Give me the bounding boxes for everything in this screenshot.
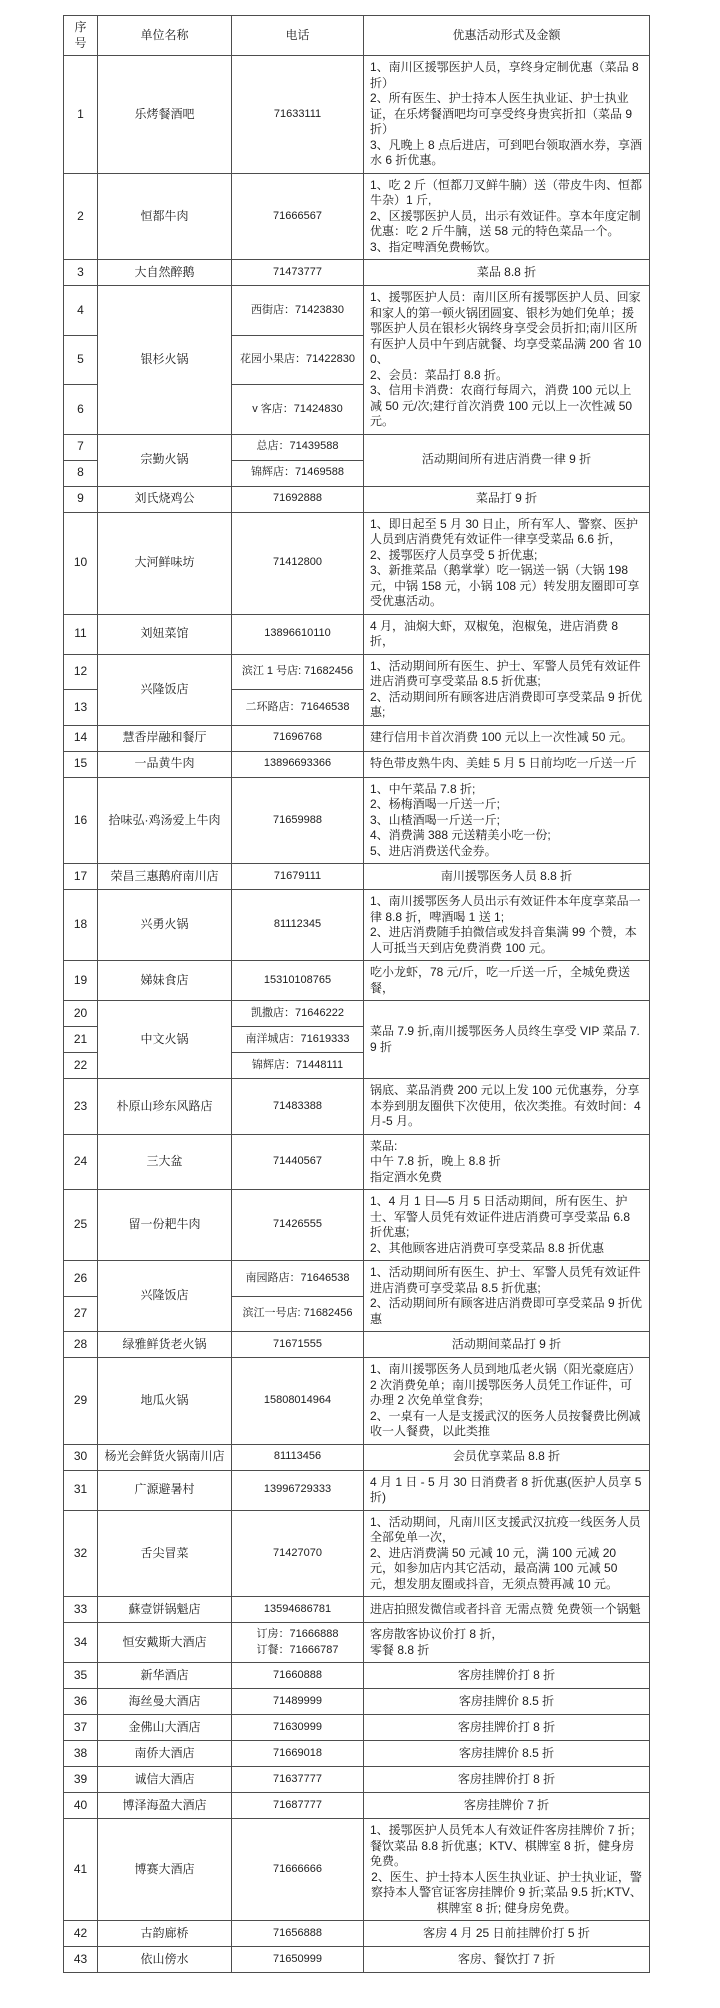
table-row: 9刘氏烧鸡公71692888菜品打 9 折 [64, 486, 650, 512]
phone-line: 订房：71666888 [234, 1627, 361, 1643]
row-number-cell: 33 [64, 1597, 98, 1623]
phone-cell: 71630999 [232, 1715, 364, 1741]
offer-line: 3、凡晚上 8 点后进店，可到吧台领取酒水券，享酒水 6 折优惠。 [370, 138, 643, 169]
table-row: 19娣妹食店15310108765吃小龙虾，78 元/斤，吃一斤送一斤，全城免费… [64, 961, 650, 1001]
store-name-cell: 宗勤火锅 [98, 434, 232, 486]
phone-line: 71656888 [234, 1926, 361, 1942]
offer-cell: 菜品:中午 7.8 折，晚上 8.8 折指定酒水免费 [364, 1134, 650, 1190]
row-number-cell: 16 [64, 777, 98, 864]
store-name-cell: 古韵廊桥 [98, 1921, 232, 1947]
offer-cell: 客房挂牌价打 8 折 [364, 1715, 650, 1741]
store-name-cell: 中文火锅 [98, 1001, 232, 1079]
store-name-cell: 拾味弘·鸡汤爱上牛肉 [98, 777, 232, 864]
table-row: 16拾味弘·鸡汤爱上牛肉716599881、中午菜品 7.8 折;2、杨梅酒喝一… [64, 777, 650, 864]
offer-line: 2、活动期间所有顾客进店消费即可享受菜品 9 折优惠 [370, 1296, 643, 1327]
row-number-cell: 10 [64, 512, 98, 614]
offer-line: 1、活动期间，凡南川区支援武汉抗疫一线医务人员全部免单一次， [370, 1515, 643, 1546]
store-name-cell: 兴隆饭店 [98, 654, 232, 725]
table-row: 25留一份耙牛肉714265551、4 月 1 日—5 月 5 日活动期间，所有… [64, 1190, 650, 1261]
phone-line: 71483388 [234, 1099, 361, 1115]
offer-line: 进店拍照发微信或者抖音 无需点赞 免费领一个锅魁 [370, 1602, 643, 1618]
phone-line: 71679111 [234, 869, 361, 885]
phone-line: 71637777 [234, 1772, 361, 1788]
table-row: 17荣昌三惠鹅府南川店71679111南川援鄂医务人员 8.8 折 [64, 864, 650, 890]
phone-line: 71687777 [234, 1798, 361, 1814]
offer-cell: 1、南川区援鄂医护人员，享终身定制优惠（菜品 8 折）2、所有医生、护士持本人医… [364, 56, 650, 174]
phone-line: 13996729333 [234, 1482, 361, 1498]
phone-line: 71666666 [234, 1862, 361, 1878]
offer-line: 1、活动期间所有医生、护士、军警人员凭有效证件进店消费可享受菜品 8.5 折优惠… [370, 659, 643, 690]
table-header: 序号 单位名称 电话 优惠活动形式及金额 [64, 16, 650, 56]
phone-line: 71633111 [234, 107, 361, 123]
store-name-cell: 留一份耙牛肉 [98, 1190, 232, 1261]
row-number-cell: 14 [64, 725, 98, 751]
row-number-cell: 23 [64, 1079, 98, 1135]
phone-cell: 71473777 [232, 260, 364, 286]
store-name-cell: 一品黄牛肉 [98, 751, 232, 777]
offer-line: 2、活动期间所有顾客进店消费即可享受菜品 9 折优惠; [370, 690, 643, 721]
phone-cell: 81113456 [232, 1444, 364, 1470]
phone-line: 南园路店：71646538 [234, 1271, 361, 1287]
table-row: 1乐烤餐酒吧716331111、南川区援鄂医护人员，享终身定制优惠（菜品 8 折… [64, 56, 650, 174]
offer-cell: 菜品打 9 折 [364, 486, 650, 512]
offer-line: 5、进店消费送代金券。 [370, 844, 643, 860]
row-number-cell: 6 [64, 385, 98, 435]
table-row: 37金佛山大酒店71630999客房挂牌价打 8 折 [64, 1715, 650, 1741]
table-row: 38南侨大酒店71669018客房挂牌价 8.5 折 [64, 1741, 650, 1767]
phone-line: 13594686781 [234, 1602, 361, 1618]
row-number-cell: 43 [64, 1947, 98, 1973]
offer-line: 客房挂牌价打 8 折 [370, 1720, 643, 1736]
row-number-cell: 37 [64, 1715, 98, 1741]
table-row: 35新华酒店71660888客房挂牌价打 8 折 [64, 1663, 650, 1689]
phone-line: 南洋城店：71619333 [234, 1032, 361, 1048]
store-name-cell: 南侨大酒店 [98, 1741, 232, 1767]
offer-line: 指定酒水免费 [370, 1170, 643, 1186]
row-number-cell: 38 [64, 1741, 98, 1767]
phone-cell: 71426555 [232, 1190, 364, 1261]
phone-line: v 客店：71424830 [234, 402, 361, 418]
row-number-cell: 9 [64, 486, 98, 512]
offer-cell: 客房挂牌价打 8 折 [364, 1663, 650, 1689]
phone-cell: 71637777 [232, 1767, 364, 1793]
phone-cell: 71666666 [232, 1819, 364, 1921]
row-number-cell: 41 [64, 1819, 98, 1921]
offer-line: 3、山楂酒喝一斤送一斤; [370, 813, 643, 829]
phone-cell: v 客店：71424830 [232, 385, 364, 435]
table-row: 4银杉火锅西街店：714238301、援鄂医护人员：南川区所有援鄂医护人员、回家… [64, 286, 650, 336]
table-row: 7宗勤火锅总店：71439588活动期间所有进店消费一律 9 折 [64, 434, 650, 460]
offer-line: 客房挂牌价 8.5 折 [370, 1746, 643, 1762]
offer-line: 活动期间所有进店消费一律 9 折 [370, 452, 643, 468]
offer-line: 1、中午菜品 7.8 折; [370, 782, 643, 798]
offer-cell: 4 月，油焖大虾，双椒兔，泡椒兔，进店消费 8 折， [364, 614, 650, 654]
row-number-cell: 11 [64, 614, 98, 654]
offer-line: 2、医生、护士持本人医生执业证、护士执业证，警察持本人警官证客房挂牌价 9 折;… [370, 1870, 643, 1917]
row-number-cell: 4 [64, 286, 98, 336]
table-row: 42古韵廊桥71656888客房 4 月 25 日前挂牌价打 5 折 [64, 1921, 650, 1947]
phone-cell: 71427070 [232, 1510, 364, 1597]
offer-cell: 1、活动期间，凡南川区支援武汉抗疫一线医务人员全部免单一次，2、进店消费满 50… [364, 1510, 650, 1597]
row-number-cell: 26 [64, 1261, 98, 1297]
offer-line: 锅底、菜品消费 200 元以上发 100 元优惠券，分享本券到朋友圈供下次使用，… [370, 1083, 643, 1130]
offer-cell: 1、活动期间所有医生、护士、军警人员凭有效证件进店消费可享受菜品 8.5 折优惠… [364, 1261, 650, 1332]
phone-cell: 71666567 [232, 173, 364, 260]
offer-line: 2、区援鄂医护人员，出示有效证件。享本年度定制优惠：吃 2 斤牛腩，送 58 元… [370, 209, 643, 240]
row-number-cell: 42 [64, 1921, 98, 1947]
phone-cell: 71669018 [232, 1741, 364, 1767]
phone-line: 71660888 [234, 1668, 361, 1684]
row-number-cell: 15 [64, 751, 98, 777]
store-name-cell: 兴勇火锅 [98, 890, 232, 961]
phone-line: 二环路店：71646538 [234, 700, 361, 716]
offer-line: 建行信用卡首次消费 100 元以上一次性减 50 元。 [370, 730, 643, 746]
offer-line: 1、活动期间所有医生、护士、军警人员凭有效证件进店消费可享受菜品 8.5 折优惠… [370, 1265, 643, 1296]
table-row: 26兴隆饭店南园路店：716465381、活动期间所有医生、护士、军警人员凭有效… [64, 1261, 650, 1297]
offer-line: 4、消费满 388 元送精美小吃一份; [370, 828, 643, 844]
phone-line: 71671555 [234, 1337, 361, 1353]
phone-line: 71427070 [234, 1546, 361, 1562]
offer-line: 菜品 7.9 折,南川援鄂医务人员终生享受 VIP 菜品 7.9 折 [370, 1024, 643, 1055]
row-number-cell: 35 [64, 1663, 98, 1689]
offer-line: 2、进店消费随手拍微信或发抖音集满 99 个赞，本人可抵当天到店免费消费 100… [370, 925, 643, 956]
offer-line: 3、新推菜品（鹅掌掌）吃一锅送一锅（大锅 198 元，中锅 158 元，小锅 1… [370, 563, 643, 610]
store-name-cell: 恒安戴斯大酒店 [98, 1623, 232, 1663]
phone-cell: 15310108765 [232, 961, 364, 1001]
offer-line: 3、信用卡消费：农商行每周六，消费 100 元以上减 50 元/次;建行首次消费… [370, 383, 643, 430]
discount-table-wrapper: 序号 单位名称 电话 优惠活动形式及金额 1乐烤餐酒吧716331111、南川区… [63, 15, 649, 1973]
offer-line: 2、进店消费满 50 元减 10 元，满 100 元减 20 元，如参加店内其它… [370, 1546, 643, 1593]
store-name-cell: 娣妹食店 [98, 961, 232, 1001]
phone-line: 81112345 [234, 917, 361, 933]
offer-cell: 1、活动期间所有医生、护士、军警人员凭有效证件进店消费可享受菜品 8.5 折优惠… [364, 654, 650, 725]
phone-line: 锦辉店：71469588 [234, 465, 361, 481]
table-row: 18兴勇火锅811123451、南川援鄂医务人员出示有效证件本年度享菜品一律 8… [64, 890, 650, 961]
offer-line: 1、即日起至 5 月 30 日止，所有军人、警察、医护人员到店消费凭有效证件一律… [370, 517, 643, 548]
table-row: 30杨光会鲜货火锅南川店81113456会员优享菜品 8.8 折 [64, 1444, 650, 1470]
store-name-cell: 三大盆 [98, 1134, 232, 1190]
header-cell-name: 单位名称 [98, 16, 232, 56]
store-name-cell: 新华酒店 [98, 1663, 232, 1689]
phone-cell: 71679111 [232, 864, 364, 890]
offer-line: 2、所有医生、护士持本人医生执业证、护士执业证，在乐烤餐酒吧均可享受终身贵宾折扣… [370, 91, 643, 138]
offer-cell: 进店拍照发微信或者抖音 无需点赞 免费领一个锅魁 [364, 1597, 650, 1623]
phone-line: 71426555 [234, 1217, 361, 1233]
phone-cell: 71692888 [232, 486, 364, 512]
phone-line: 订餐：71666787 [234, 1643, 361, 1659]
phone-line: 71473777 [234, 265, 361, 281]
row-number-cell: 5 [64, 335, 98, 385]
offer-line: 客房 4 月 25 日前挂牌价打 5 折 [370, 1926, 643, 1942]
offer-line: 菜品: [370, 1139, 643, 1155]
row-number-cell: 27 [64, 1296, 98, 1332]
offer-cell: 4 月 1 日 - 5 月 30 日消费者 8 折优惠(医护人员享 5 折) [364, 1470, 650, 1510]
phone-cell: 13996729333 [232, 1470, 364, 1510]
phone-cell: 锦辉店：71469588 [232, 460, 364, 486]
offer-line: 会员优享菜品 8.8 折 [370, 1449, 643, 1465]
store-name-cell: 兴隆饭店 [98, 1261, 232, 1332]
offer-cell: 客房、餐饮打 7 折 [364, 1947, 650, 1973]
table-row: 40博泽海盈大酒店71687777客房挂牌价 7 折 [64, 1793, 650, 1819]
store-name-cell: 朴原山珍东风路店 [98, 1079, 232, 1135]
offer-line: 客房挂牌价 7 折 [370, 1798, 643, 1814]
phone-line: 71692888 [234, 491, 361, 507]
row-number-cell: 24 [64, 1134, 98, 1190]
phone-cell: 71671555 [232, 1332, 364, 1358]
phone-cell: 西街店：71423830 [232, 286, 364, 336]
offer-line: 1、南川区援鄂医护人员，享终身定制优惠（菜品 8 折） [370, 60, 643, 91]
phone-line: 81113456 [234, 1449, 361, 1465]
row-number-cell: 30 [64, 1444, 98, 1470]
row-number-cell: 3 [64, 260, 98, 286]
phone-cell: 71656888 [232, 1921, 364, 1947]
offer-cell: 1、吃 2 斤（恒都刀叉鲜牛腩）送（带皮牛肉、恒都牛杂）1 斤,2、区援鄂医护人… [364, 173, 650, 260]
offer-cell: 活动期间菜品打 9 折 [364, 1332, 650, 1358]
phone-cell: 总店：71439588 [232, 434, 364, 460]
header-cell-offer: 优惠活动形式及金额 [364, 16, 650, 56]
offer-line: 客房、餐饮打 7 折 [370, 1952, 643, 1968]
phone-line: 71659988 [234, 813, 361, 829]
offer-cell: 客房挂牌价 8.5 折 [364, 1689, 650, 1715]
offer-cell: 客房挂牌价 8.5 折 [364, 1741, 650, 1767]
phone-cell: 71412800 [232, 512, 364, 614]
store-name-cell: 绿雅鲜货老火锅 [98, 1332, 232, 1358]
phone-line: 花园小果店：71422830 [234, 352, 361, 368]
offer-cell: 1、即日起至 5 月 30 日止，所有军人、警察、医护人员到店消费凭有效证件一律… [364, 512, 650, 614]
row-number-cell: 34 [64, 1623, 98, 1663]
row-number-cell: 8 [64, 460, 98, 486]
offer-line: 吃小龙虾，78 元/斤，吃一斤送一斤，全城免费送餐， [370, 965, 643, 996]
table-row: 11刘妞菜馆138966101104 月，油焖大虾，双椒兔，泡椒兔，进店消费 8… [64, 614, 650, 654]
phone-cell: 凯撒店：71646222 [232, 1001, 364, 1027]
row-number-cell: 7 [64, 434, 98, 460]
phone-cell: 71483388 [232, 1079, 364, 1135]
phone-line: 13896693366 [234, 756, 361, 772]
phone-cell: 71440567 [232, 1134, 364, 1190]
table-row: 10大河鲜味坊714128001、即日起至 5 月 30 日止，所有军人、警察、… [64, 512, 650, 614]
offer-cell: 1、南川援鄂医务人员出示有效证件本年度享菜品一律 8.8 折，啤酒喝 1 送 1… [364, 890, 650, 961]
offer-line: 3、指定啤酒免费畅饮。 [370, 240, 643, 256]
header-cell-phone: 电话 [232, 16, 364, 56]
row-number-cell: 13 [64, 690, 98, 726]
phone-line: 71669018 [234, 1746, 361, 1762]
offer-line: 客房散客协议价打 8 折， [370, 1627, 643, 1643]
table-row: 20中文火锅凯撒店：71646222菜品 7.9 折,南川援鄂医务人员终生享受 … [64, 1001, 650, 1027]
phone-line: 锦辉店：71448111 [234, 1058, 361, 1074]
store-name-cell: 银杉火锅 [98, 286, 232, 435]
phone-cell: 71696768 [232, 725, 364, 751]
offer-line: 4 月，油焖大虾，双椒兔，泡椒兔，进店消费 8 折， [370, 619, 643, 650]
row-number-cell: 25 [64, 1190, 98, 1261]
store-name-cell: 刘妞菜馆 [98, 614, 232, 654]
store-name-cell: 恒都牛肉 [98, 173, 232, 260]
row-number-cell: 40 [64, 1793, 98, 1819]
phone-line: 71696768 [234, 730, 361, 746]
offer-line: 2、杨梅酒喝一斤送一斤; [370, 797, 643, 813]
offer-line: 活动期间菜品打 9 折 [370, 1337, 643, 1353]
offer-cell: 1、援鄂医护人员：南川区所有援鄂医护人员、回家和家人的第一顿火锅团圆宴、银杉为她… [364, 286, 650, 435]
offer-line: 特色带皮熟牛肉、美蛙 5 月 5 日前均吃一斤送一斤 [370, 756, 643, 772]
offer-line: 南川援鄂医务人员 8.8 折 [370, 869, 643, 885]
row-number-cell: 19 [64, 961, 98, 1001]
row-number-cell: 28 [64, 1332, 98, 1358]
offer-line: 1、南川援鄂医务人员出示有效证件本年度享菜品一律 8.8 折，啤酒喝 1 送 1… [370, 894, 643, 925]
offer-cell: 1、4 月 1 日—5 月 5 日活动期间，所有医生、护士、军警人员凭有效证件进… [364, 1190, 650, 1261]
offer-cell: 客房散客协议价打 8 折，零餐 8.8 折 [364, 1623, 650, 1663]
phone-cell: 71660888 [232, 1663, 364, 1689]
store-name-cell: 杨光会鲜货火锅南川店 [98, 1444, 232, 1470]
phone-cell: 71687777 [232, 1793, 364, 1819]
row-number-cell: 29 [64, 1358, 98, 1445]
offer-line: 1、4 月 1 日—5 月 5 日活动期间，所有医生、护士、军警人员凭有效证件进… [370, 1194, 643, 1241]
phone-cell: 滨江一号店: 71682456 [232, 1296, 364, 1332]
store-name-cell: 舌尖冒菜 [98, 1510, 232, 1597]
row-number-cell: 12 [64, 654, 98, 690]
store-name-cell: 海丝曼大酒店 [98, 1689, 232, 1715]
phone-cell: 南园路店：71646538 [232, 1261, 364, 1297]
row-number-cell: 39 [64, 1767, 98, 1793]
phone-line: 71489999 [234, 1694, 361, 1710]
table-row: 23朴原山珍东风路店71483388锅底、菜品消费 200 元以上发 100 元… [64, 1079, 650, 1135]
table-row: 29地瓜火锅158080149641、南川援鄂医务人员到地瓜老火锅（阳光豪庭店）… [64, 1358, 650, 1445]
phone-line: 71412800 [234, 555, 361, 571]
offer-line: 4 月 1 日 - 5 月 30 日消费者 8 折优惠(医护人员享 5 折) [370, 1475, 643, 1506]
row-number-cell: 18 [64, 890, 98, 961]
table-row: 36海丝曼大酒店71489999客房挂牌价 8.5 折 [64, 1689, 650, 1715]
offer-cell: 活动期间所有进店消费一律 9 折 [364, 434, 650, 486]
offer-line: 1、援鄂医护人员：南川区所有援鄂医护人员、回家和家人的第一顿火锅团圆宴、银杉为她… [370, 290, 643, 368]
table-row: 24三大盆71440567菜品:中午 7.8 折，晚上 8.8 折指定酒水免费 [64, 1134, 650, 1190]
table-row: 14慧香岸融和餐厅71696768建行信用卡首次消费 100 元以上一次性减 5… [64, 725, 650, 751]
table-row: 43依山傍水71650999客房、餐饮打 7 折 [64, 1947, 650, 1973]
phone-cell: 13594686781 [232, 1597, 364, 1623]
row-number-cell: 2 [64, 173, 98, 260]
row-number-cell: 21 [64, 1027, 98, 1053]
row-number-cell: 20 [64, 1001, 98, 1027]
table-row: 39诚信大酒店71637777客房挂牌价打 8 折 [64, 1767, 650, 1793]
store-name-cell: 金佛山大酒店 [98, 1715, 232, 1741]
offer-cell: 特色带皮熟牛肉、美蛙 5 月 5 日前均吃一斤送一斤 [364, 751, 650, 777]
table-row: 28绿雅鲜货老火锅71671555活动期间菜品打 9 折 [64, 1332, 650, 1358]
phone-cell: 二环路店：71646538 [232, 690, 364, 726]
store-name-cell: 博赛大酒店 [98, 1819, 232, 1921]
phone-line: 71666567 [234, 209, 361, 225]
store-name-cell: 广源避暑村 [98, 1470, 232, 1510]
offer-cell: 客房 4 月 25 日前挂牌价打 5 折 [364, 1921, 650, 1947]
table-row: 33蘇壹饼锅魁店13594686781进店拍照发微信或者抖音 无需点赞 免费领一… [64, 1597, 650, 1623]
row-number-cell: 1 [64, 56, 98, 174]
row-number-cell: 32 [64, 1510, 98, 1597]
phone-line: 15310108765 [234, 973, 361, 989]
store-name-cell: 大河鲜味坊 [98, 512, 232, 614]
phone-cell: 锦辉店：71448111 [232, 1053, 364, 1079]
phone-line: 13896610110 [234, 626, 361, 642]
phone-cell: 13896610110 [232, 614, 364, 654]
table-row: 31广源避暑村139967293334 月 1 日 - 5 月 30 日消费者 … [64, 1470, 650, 1510]
phone-cell: 13896693366 [232, 751, 364, 777]
table-row: 2恒都牛肉716665671、吃 2 斤（恒都刀叉鲜牛腩）送（带皮牛肉、恒都牛杂… [64, 173, 650, 260]
offer-cell: 南川援鄂医务人员 8.8 折 [364, 864, 650, 890]
store-name-cell: 蘇壹饼锅魁店 [98, 1597, 232, 1623]
phone-line: 总店：71439588 [234, 439, 361, 455]
table-row: 12兴隆饭店滨江 1 号店: 716824561、活动期间所有医生、护士、军警人… [64, 654, 650, 690]
phone-cell: 花园小果店：71422830 [232, 335, 364, 385]
offer-cell: 锅底、菜品消费 200 元以上发 100 元优惠券，分享本券到朋友圈供下次使用，… [364, 1079, 650, 1135]
offer-cell: 1、中午菜品 7.8 折;2、杨梅酒喝一斤送一斤;3、山楂酒喝一斤送一斤;4、消… [364, 777, 650, 864]
offer-cell: 会员优享菜品 8.8 折 [364, 1444, 650, 1470]
offer-cell: 1、援鄂医护人员凭本人有效证件客房挂牌价 7 折；餐饮菜品 8.8 折优惠；KT… [364, 1819, 650, 1921]
phone-cell: 71659988 [232, 777, 364, 864]
store-name-cell: 依山傍水 [98, 1947, 232, 1973]
store-name-cell: 大自然醉鹅 [98, 260, 232, 286]
offer-line: 零餐 8.8 折 [370, 1643, 643, 1659]
offer-line: 1、南川援鄂医务人员到地瓜老火锅（阳光豪庭店）2 次消费免单；南川援鄂医务人员凭… [370, 1362, 643, 1409]
offer-line: 菜品 8.8 折 [370, 265, 643, 281]
table-row: 15一品黄牛肉13896693366特色带皮熟牛肉、美蛙 5 月 5 日前均吃一… [64, 751, 650, 777]
discount-table: 序号 单位名称 电话 优惠活动形式及金额 1乐烤餐酒吧716331111、南川区… [63, 15, 650, 1973]
store-name-cell: 刘氏烧鸡公 [98, 486, 232, 512]
phone-cell: 71489999 [232, 1689, 364, 1715]
offer-line: 2、会员：菜品打 8.8 折。 [370, 368, 643, 384]
store-name-cell: 荣昌三惠鹅府南川店 [98, 864, 232, 890]
offer-line: 菜品打 9 折 [370, 491, 643, 507]
phone-cell: 15808014964 [232, 1358, 364, 1445]
offer-cell: 1、南川援鄂医务人员到地瓜老火锅（阳光豪庭店）2 次消费免单；南川援鄂医务人员凭… [364, 1358, 650, 1445]
row-number-cell: 17 [64, 864, 98, 890]
phone-line: 滨江 1 号店: 71682456 [234, 664, 361, 680]
header-row: 序号 单位名称 电话 优惠活动形式及金额 [64, 16, 650, 56]
offer-cell: 客房挂牌价 7 折 [364, 1793, 650, 1819]
row-number-cell: 22 [64, 1053, 98, 1079]
offer-cell: 建行信用卡首次消费 100 元以上一次性减 50 元。 [364, 725, 650, 751]
offer-line: 1、吃 2 斤（恒都刀叉鲜牛腩）送（带皮牛肉、恒都牛杂）1 斤, [370, 178, 643, 209]
offer-line: 客房挂牌价打 8 折 [370, 1772, 643, 1788]
store-name-cell: 慧香岸融和餐厅 [98, 725, 232, 751]
phone-cell: 南洋城店：71619333 [232, 1027, 364, 1053]
table-row: 3大自然醉鹅71473777菜品 8.8 折 [64, 260, 650, 286]
phone-line: 西街店：71423830 [234, 303, 361, 319]
offer-line: 2、援鄂医疗人员享受 5 折优惠; [370, 548, 643, 564]
offer-line: 客房挂牌价打 8 折 [370, 1668, 643, 1684]
store-name-cell: 乐烤餐酒吧 [98, 56, 232, 174]
table-body: 1乐烤餐酒吧716331111、南川区援鄂医护人员，享终身定制优惠（菜品 8 折… [64, 56, 650, 1973]
phone-line: 71650999 [234, 1952, 361, 1968]
phone-cell: 滨江 1 号店: 71682456 [232, 654, 364, 690]
row-number-cell: 36 [64, 1689, 98, 1715]
store-name-cell: 地瓜火锅 [98, 1358, 232, 1445]
table-row: 41博赛大酒店716666661、援鄂医护人员凭本人有效证件客房挂牌价 7 折；… [64, 1819, 650, 1921]
store-name-cell: 诚信大酒店 [98, 1767, 232, 1793]
offer-line: 中午 7.8 折，晚上 8.8 折 [370, 1154, 643, 1170]
store-name-cell: 博泽海盈大酒店 [98, 1793, 232, 1819]
offer-cell: 菜品 8.8 折 [364, 260, 650, 286]
offer-line: 2、其他顾客进店消费可享受菜品 8.8 折优惠 [370, 1241, 643, 1257]
phone-line: 71630999 [234, 1720, 361, 1736]
phone-cell: 订房：71666888订餐：71666787 [232, 1623, 364, 1663]
offer-cell: 客房挂牌价打 8 折 [364, 1767, 650, 1793]
phone-line: 71440567 [234, 1154, 361, 1170]
phone-line: 15808014964 [234, 1393, 361, 1409]
offer-cell: 吃小龙虾，78 元/斤，吃一斤送一斤，全城免费送餐， [364, 961, 650, 1001]
header-cell-no: 序号 [64, 16, 98, 56]
phone-cell: 81112345 [232, 890, 364, 961]
phone-line: 凯撒店：71646222 [234, 1006, 361, 1022]
table-row: 32舌尖冒菜714270701、活动期间，凡南川区支援武汉抗疫一线医务人员全部免… [64, 1510, 650, 1597]
phone-cell: 71650999 [232, 1947, 364, 1973]
row-number-cell: 31 [64, 1470, 98, 1510]
offer-line: 1、援鄂医护人员凭本人有效证件客房挂牌价 7 折；餐饮菜品 8.8 折优惠；KT… [370, 1823, 643, 1870]
offer-cell: 菜品 7.9 折,南川援鄂医务人员终生享受 VIP 菜品 7.9 折 [364, 1001, 650, 1079]
